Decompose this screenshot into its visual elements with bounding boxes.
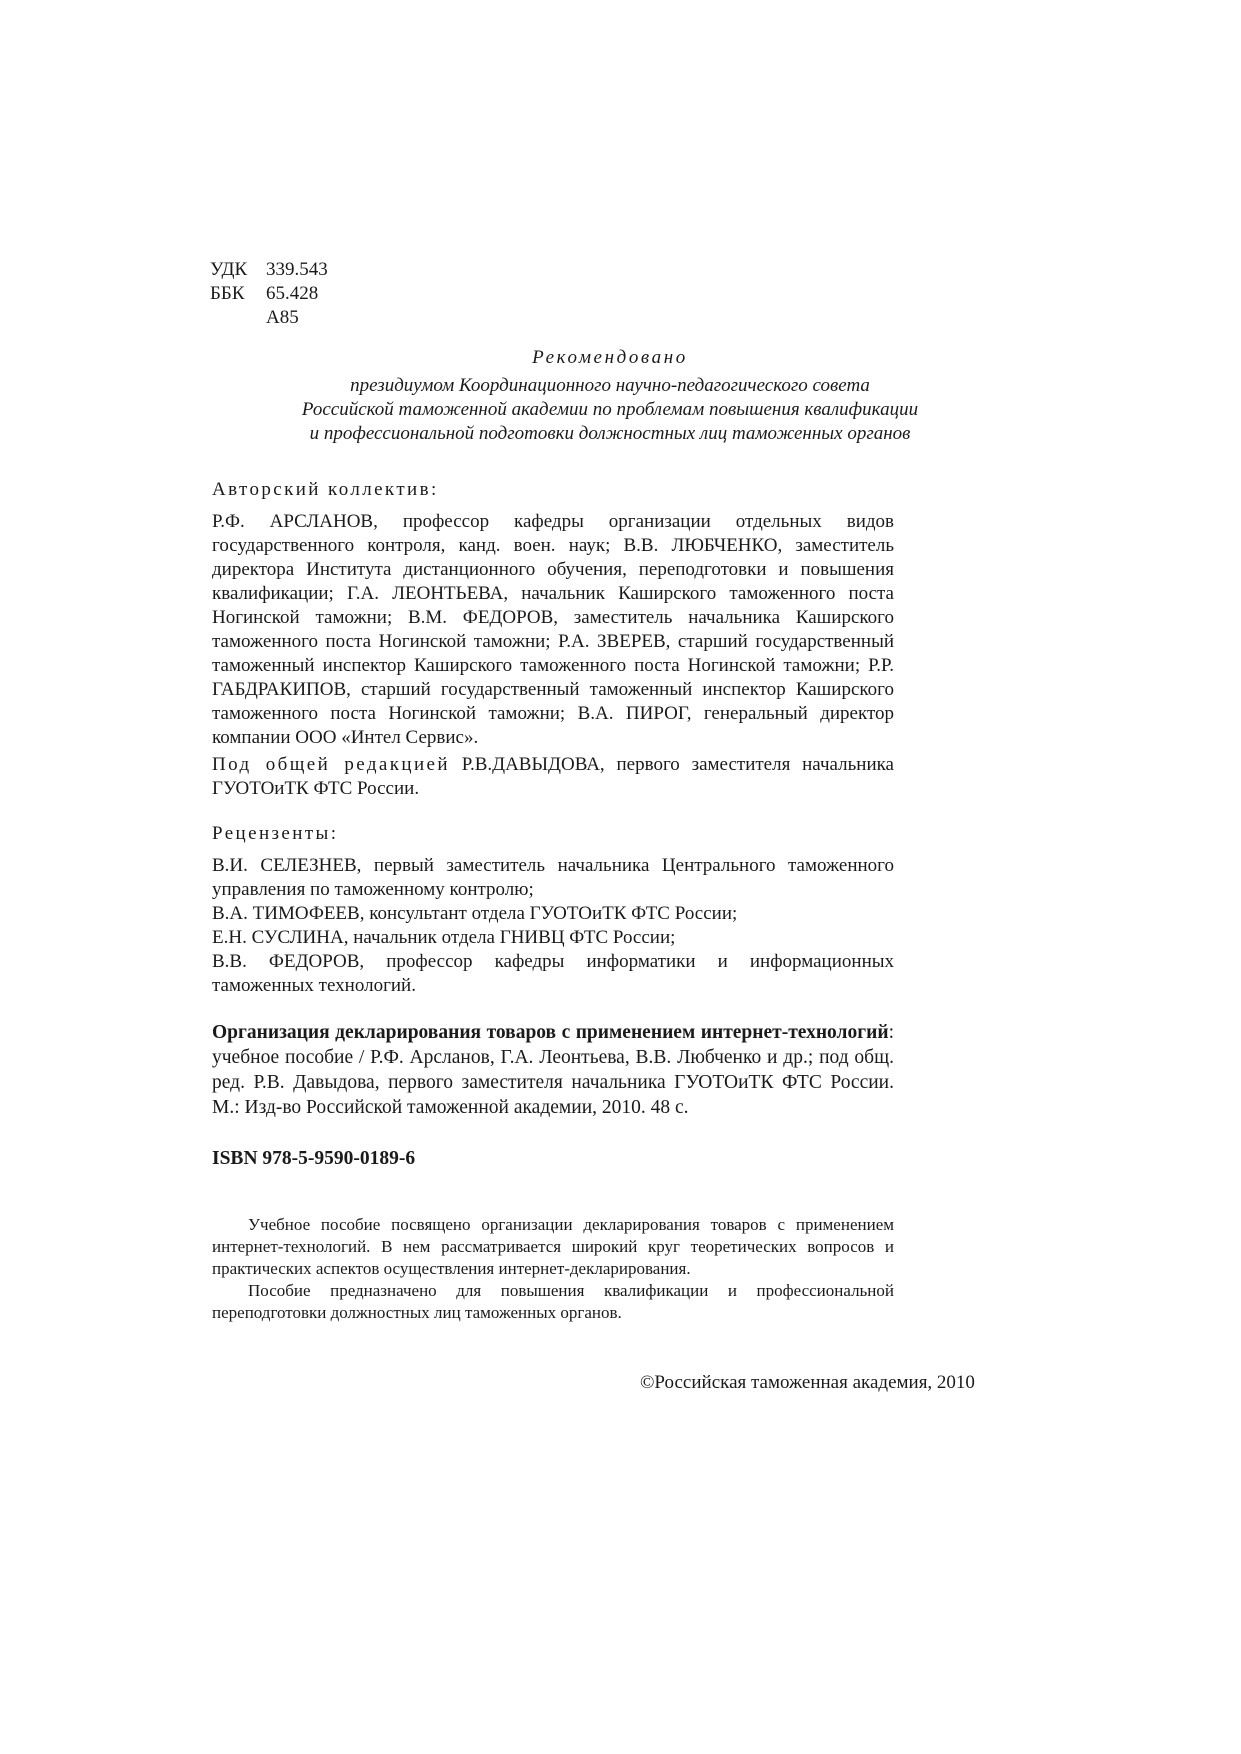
reviewer-item: Е.Н. СУСЛИНА, начальник отдела ГНИВЦ ФТС…	[212, 926, 894, 950]
reviewer-item: В.А. ТИМОФЕЕВ, консультант отдела ГУОТОи…	[212, 902, 894, 926]
document-page: УДК 339.543 ББК 65.428 А85 Рекомендовано…	[0, 0, 1241, 1754]
recommendation-block: Рекомендовано президиумом Координационно…	[210, 346, 1010, 446]
reviewers-label: Рецензенты:	[212, 822, 894, 846]
bbk-value: 65.428	[266, 282, 318, 306]
annotation: Учебное пособие посвящено организации де…	[212, 1214, 894, 1324]
author-mark: А85	[266, 306, 299, 330]
authors-section: Авторский коллектив: Р.Ф. АРСЛАНОВ, проф…	[212, 478, 894, 750]
bibliographic-record: Организация декларирования товаров с при…	[212, 1020, 894, 1120]
classification-codes: УДК 339.543 ББК 65.428 А85	[210, 258, 328, 330]
annotation-paragraph: Пособие предназначено для повышения квал…	[212, 1280, 894, 1324]
bbk-row: ББК 65.428	[210, 282, 328, 306]
udk-row: УДК 339.543	[210, 258, 328, 282]
author-mark-row: А85	[210, 306, 328, 330]
reviewers-section: Рецензенты: В.И. СЕЛЕЗНЕВ, первый замест…	[212, 822, 894, 998]
reviewer-item: В.В. ФЕДОРОВ, профессор кафедры информат…	[212, 950, 894, 998]
isbn: ISBN 978-5-9590-0189-6	[212, 1148, 415, 1170]
recommendation-line: Российской таможенной академии по пробле…	[210, 398, 1010, 422]
udk-label: УДК	[210, 258, 266, 282]
bbk-label: ББК	[210, 282, 266, 306]
book-title: Организация декларирования товаров с при…	[212, 1022, 889, 1043]
recommendation-line: президиумом Координационного научно-педа…	[210, 374, 1010, 398]
authors-text: Р.Ф. АРСЛАНОВ, профессор кафедры организ…	[212, 510, 894, 750]
authors-label: Авторский коллектив:	[212, 478, 894, 502]
recommendation-heading: Рекомендовано	[210, 346, 1010, 370]
editor-section: Под общей редакцией Р.В.ДАВЫДОВА, первог…	[212, 753, 894, 801]
reviewer-item: В.И. СЕЛЕЗНЕВ, первый заместитель началь…	[212, 854, 894, 902]
recommendation-line: и профессиональной подготовки должностны…	[210, 422, 1010, 446]
annotation-paragraph: Учебное пособие посвящено организации де…	[212, 1214, 894, 1280]
editor-label: Под общей редакцией	[212, 754, 450, 775]
copyright-notice: ©Российская таможенная академия, 2010	[640, 1372, 975, 1394]
udk-value: 339.543	[266, 258, 328, 282]
